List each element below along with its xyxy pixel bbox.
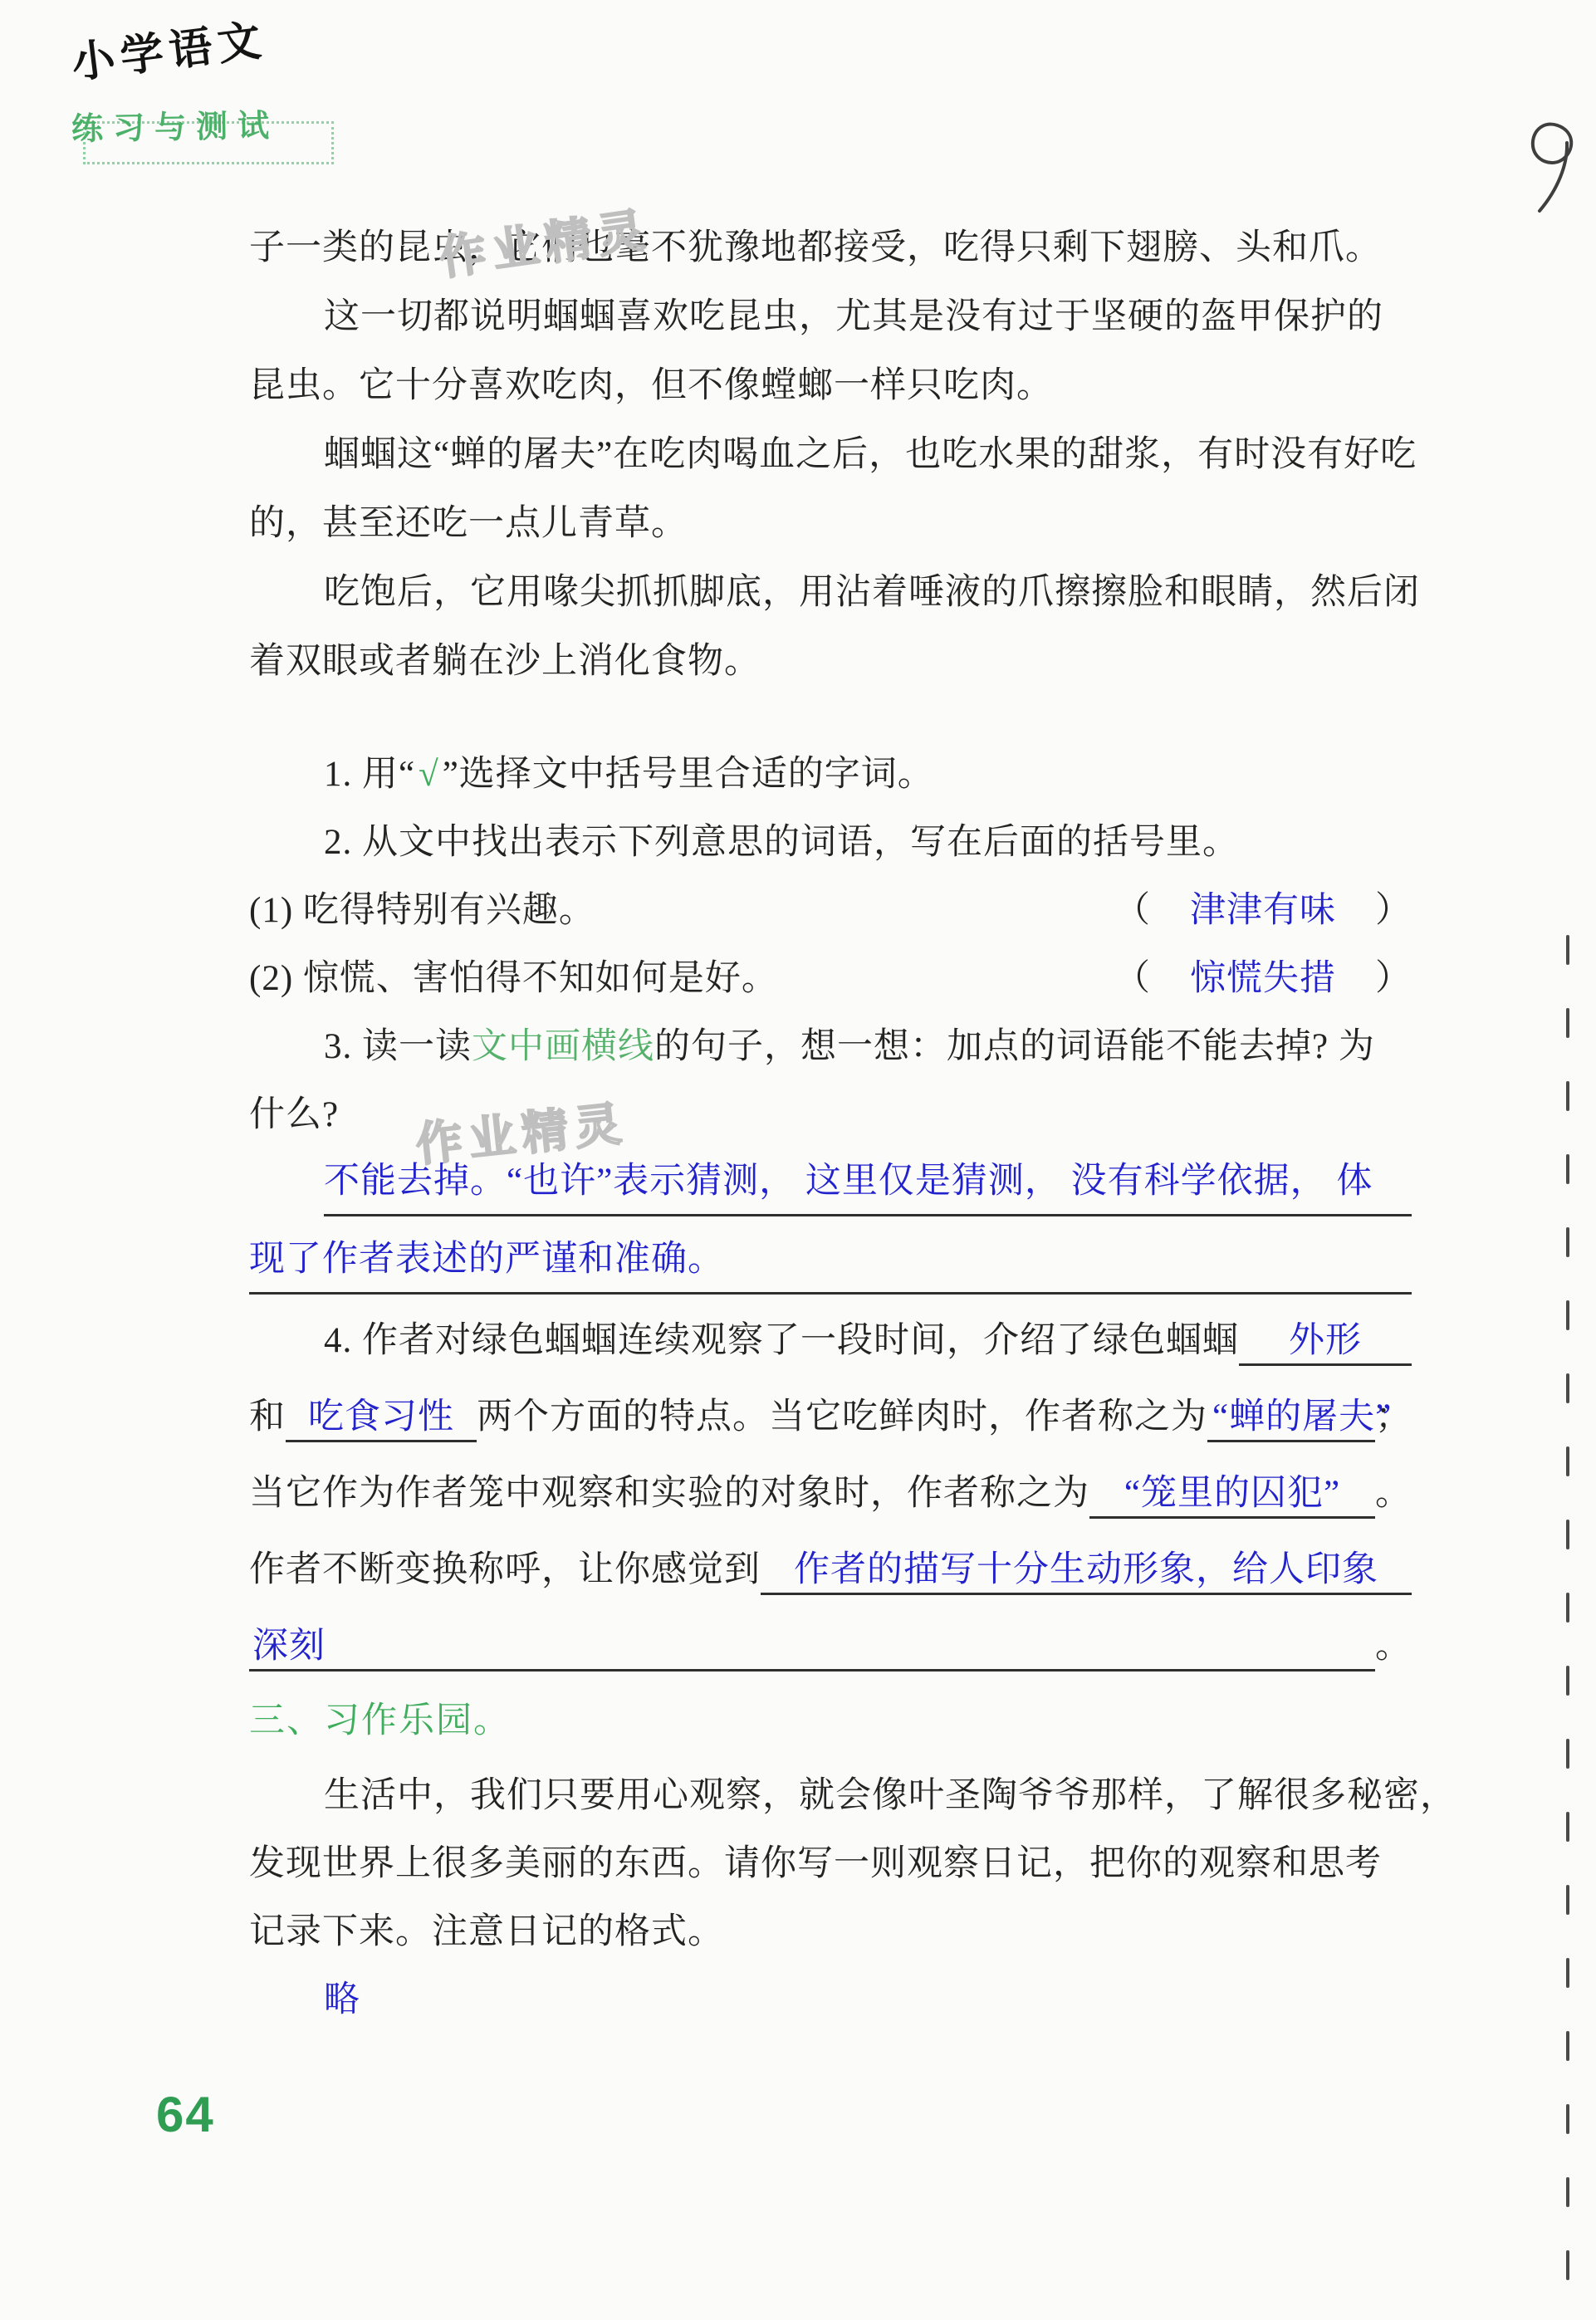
passage-line: 的，甚至还吃一点儿青草。	[249, 502, 1412, 546]
item-2-answer-parens: （惊慌失措）	[1114, 957, 1412, 1001]
binding-dash	[1566, 2250, 1569, 2280]
blank-cage-prisoner: “笼里的囚犯”	[1089, 1471, 1375, 1519]
section-3-line: 生活中，我们只要用心观察，就会像叶圣陶爷爷那样，了解很多秘密，	[324, 1774, 1412, 1818]
checkmark-icon: √	[415, 755, 443, 794]
question-4-row-3: 当它作为作者笼中观察和实验的对象时，作者称之为 “笼里的囚犯” 。	[249, 1471, 1412, 1519]
binding-dash	[1566, 2104, 1569, 2134]
question-4-row-5: 深刻 。	[249, 1624, 1412, 1671]
binding-dash	[1566, 1520, 1569, 1549]
section-3-line: 记录下来。注意日记的格式。	[249, 1910, 1412, 1955]
passage-line: 这一切都说明蝈蝈喜欢吃昆虫，尤其是没有过于坚硬的盔甲保护的	[324, 295, 1412, 340]
question-3-answer-line-1: 不能去掉。“也许”表示猜测， 这里仅是猜测， 没有科学依据， 体	[324, 1159, 1412, 1216]
item-1-answer-parens: （津津有味）	[1114, 888, 1412, 933]
binding-dash	[1566, 1446, 1569, 1476]
pen-mark	[1515, 116, 1591, 222]
binding-dash	[1566, 1885, 1569, 1915]
binding-dash	[1566, 1958, 1569, 1988]
question-1-post: ”选择文中括号里合适的字词。	[443, 755, 934, 794]
passage-line: 吃饱后，它用喙尖抓抓脚底，用沾着唾液的爪擦擦脸和眼睛，然后闭	[324, 570, 1412, 615]
workbook-page: { "page_number": "64", "header": { "logo…	[0, 0, 1596, 2320]
blank-appearance: 外形	[1239, 1319, 1412, 1366]
blank-impression-cont: 深刻	[249, 1624, 1375, 1671]
binding-dash	[1566, 1008, 1569, 1038]
item-1-answer: 津津有味	[1151, 888, 1375, 933]
question-3-cont: 什么?	[249, 1093, 1412, 1138]
binding-dash	[1566, 1593, 1569, 1623]
question-3-answer-line-2: 现了作者表述的严谨和准确。	[249, 1237, 1412, 1295]
item-2-label: (2) 惊慌、害怕得不知如何是好。	[249, 957, 778, 1001]
question-4-row-2: 和 吃食习性 两个方面的特点。当它吃鲜肉时，作者称之为 “蝉的屠夫” ；	[249, 1395, 1412, 1442]
question-2-item-2: (2) 惊慌、害怕得不知如何是好。 （惊慌失措）	[249, 957, 1412, 1001]
logo-title: 小学语文	[67, 5, 269, 91]
binding-dash	[1566, 1081, 1569, 1111]
binding-dash	[1566, 1739, 1569, 1769]
page-number: 64	[156, 2086, 215, 2143]
passage-line: 昆虫。它十分喜欢吃肉，但不像螳螂一样只吃肉。	[249, 364, 1412, 409]
binding-dash	[1566, 2177, 1569, 2207]
question-4-row-4: 作者不断变换称呼，让你感觉到 作者的描写十分生动形象，给人印象	[249, 1548, 1412, 1595]
section-3-title: 三、习作乐园。	[249, 1699, 1412, 1744]
blank-impression: 作者的描写十分生动形象，给人印象	[761, 1548, 1412, 1595]
question-2-item-1: (1) 吃得特别有兴趣。 （津津有味）	[249, 888, 1412, 933]
section-3-line: 发现世界上很多美丽的东西。请你写一则观察日记，把你的观察和思考	[249, 1842, 1412, 1887]
passage-line: 子一类的昆虫，它们也毫不犹豫地都接受，吃得只剩下翅膀、头和爪。	[249, 226, 1412, 271]
binding-dash	[1566, 1373, 1569, 1403]
question-2: 2. 从文中找出表示下列意思的词语，写在后面的括号里。	[324, 820, 1412, 865]
question-3: 3. 读一读文中画横线的句子，想一想：加点的词语能不能去掉? 为	[324, 1025, 1412, 1069]
binding-dash	[1566, 1154, 1569, 1184]
binding-dash	[1566, 2031, 1569, 2061]
item-2-answer: 惊慌失措	[1151, 957, 1375, 1001]
question-1: 1. 用“√”选择文中括号里合适的字词。	[324, 752, 1412, 797]
section-3-answer: 略	[324, 1978, 1412, 2023]
binding-dash	[1566, 1227, 1569, 1257]
binding-dash	[1566, 1812, 1569, 1842]
item-1-label: (1) 吃得特别有兴趣。	[249, 888, 595, 933]
binding-dash	[1566, 1666, 1569, 1696]
question-3-highlight: 文中画横线	[472, 1027, 654, 1066]
question-4-row-1: 4. 作者对绿色蝈蝈连续观察了一段时间，介绍了绿色蝈蝈 外形	[324, 1319, 1412, 1366]
binding-dash	[1566, 1300, 1569, 1330]
blank-eating-habits: 吃食习性	[286, 1395, 477, 1442]
question-1-pre: 1. 用“	[324, 755, 415, 794]
passage-line: 着双眼或者躺在沙上消化食物。	[249, 639, 1412, 684]
blank-cicada-butcher: “蝉的屠夫”	[1207, 1395, 1375, 1442]
passage-line: 蝈蝈这“蝉的屠夫”在吃肉喝血之后，也吃水果的甜浆，有时没有好吃	[324, 433, 1412, 477]
logo-subtitle: 练习与测试	[71, 100, 280, 149]
binding-dash	[1566, 935, 1569, 965]
